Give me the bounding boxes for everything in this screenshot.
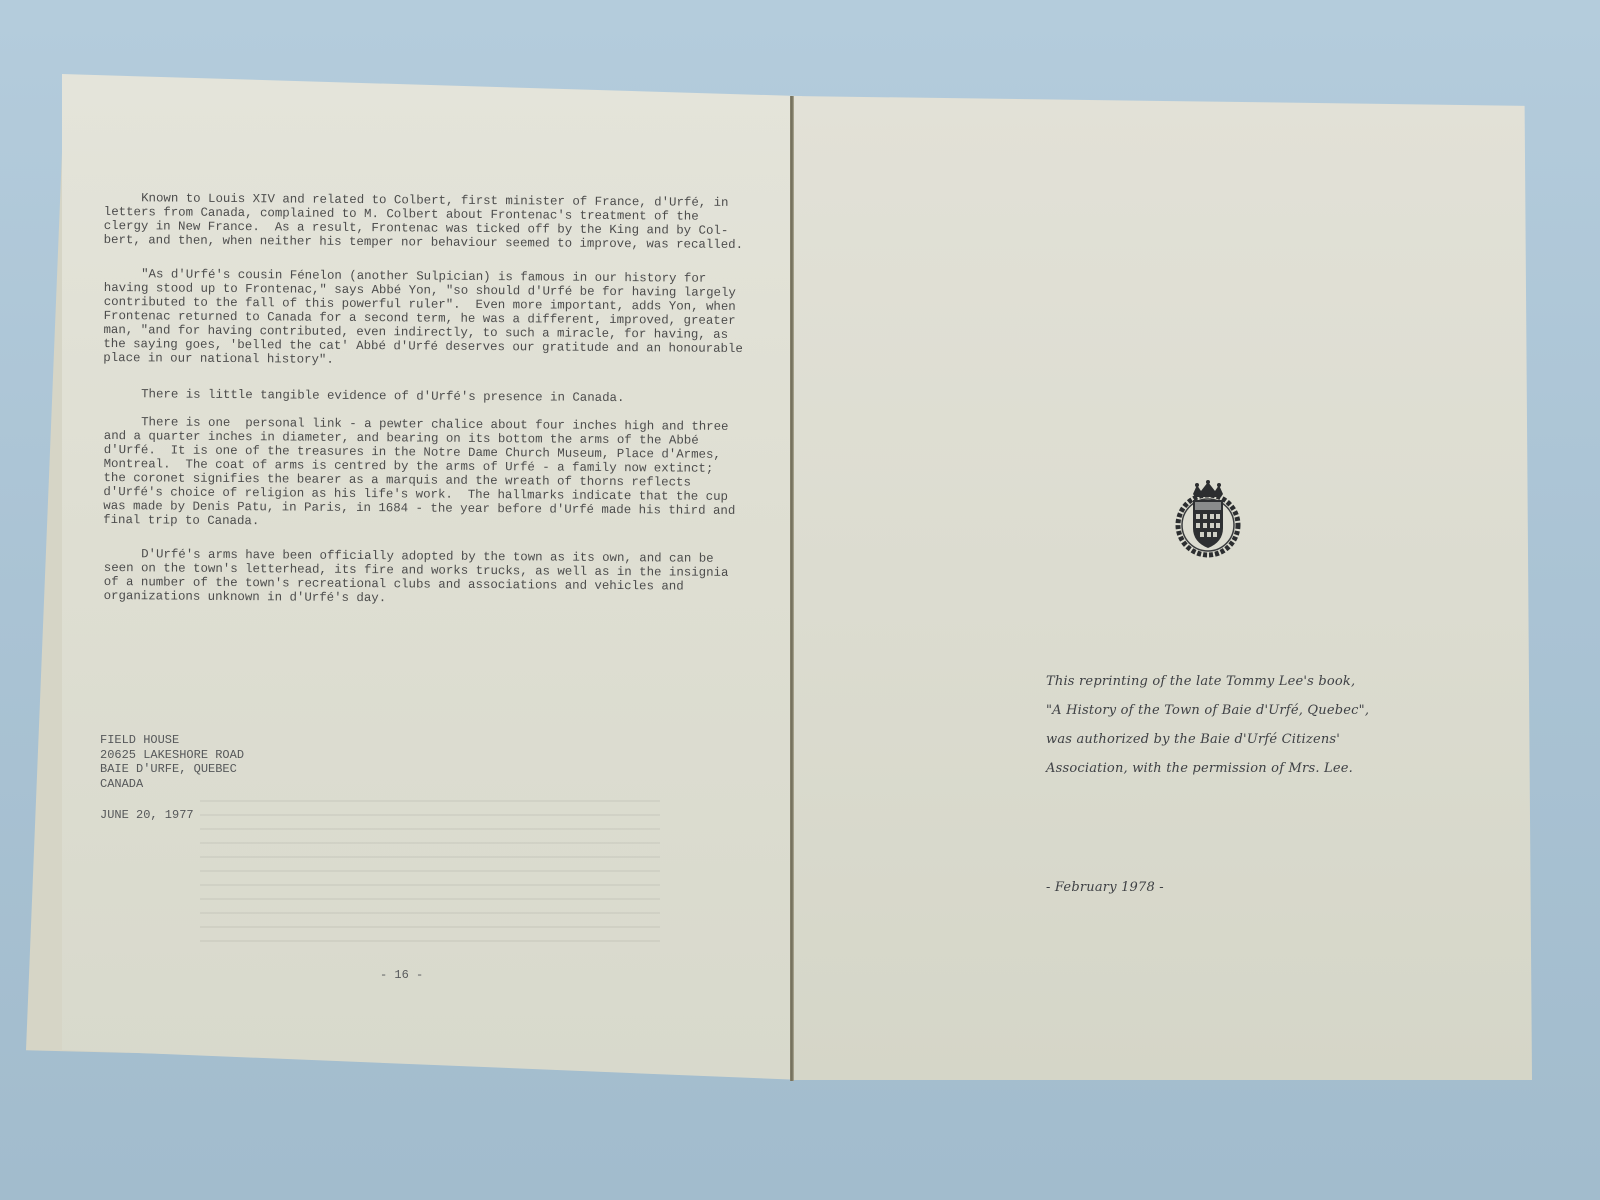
bleed-through-text (200, 800, 660, 950)
paragraph-chalice: There is one personal link - a pewter ch… (103, 415, 754, 532)
paragraph-colbert: Known to Louis XIV and related to Colber… (104, 191, 754, 252)
dedication-line: This reprinting of the late Tommy Lee's … (1046, 674, 1355, 689)
address-block: FIELD HOUSE 20625 LAKESHORE ROAD BAIE D'… (100, 733, 244, 791)
reprint-date: - February 1978 - (1046, 880, 1164, 895)
dedication-line: Association, with the permission of Mrs.… (1046, 761, 1353, 776)
right-page (792, 96, 1532, 1080)
page-number: - 16 - (380, 968, 423, 982)
dedication-line: was authorized by the Baie d'Urfé Citize… (1046, 732, 1340, 747)
address-line: CANADA (100, 777, 244, 792)
address-line: BAIE D'URFE, QUEBEC (100, 762, 244, 777)
paragraph-fenelon: "As d'Urfé's cousin Fénelon (another Sul… (103, 267, 754, 370)
document-date: JUNE 20, 1977 (100, 808, 194, 822)
paragraph-arms-adopted: D'Urfé's arms have been officially adopt… (104, 547, 754, 608)
address-line: 20625 LAKESHORE ROAD (100, 748, 244, 763)
address-line: FIELD HOUSE (100, 733, 244, 748)
book-spine (790, 96, 794, 1081)
coat-of-arms-icon (1173, 480, 1243, 560)
dedication-line: "A History of the Town of Baie d'Urfé, Q… (1046, 703, 1369, 718)
